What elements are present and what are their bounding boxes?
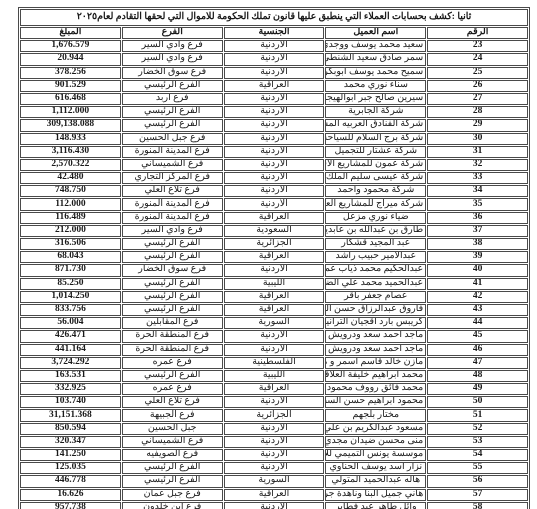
table-row: 35شركة ميراج للمشاريع العمرانيةالاردنيةف… — [20, 198, 528, 210]
cell-client-name: كريبس بارد اقجيان الترانيك — [325, 317, 426, 329]
cell-number: 34 — [427, 185, 528, 197]
cell-amount: 833.756 — [20, 304, 121, 316]
cell-amount: 850.594 — [20, 423, 121, 435]
table-row: 46ماجد احمد سعد ودرويش احمد سعدالأردنيةف… — [20, 344, 528, 356]
cell-amount: 116.489 — [20, 212, 121, 224]
cell-client-name: فاروق عبدالرزاق حسن القيسي — [325, 304, 426, 316]
cell-branch: الفرع الرئيسي — [122, 462, 223, 474]
cell-client-name: مازن خالد قاسم اسمر و محمد عبدالعزيز محم… — [325, 357, 426, 369]
cell-branch: فرع جبل الحسين — [122, 133, 223, 145]
cell-branch: فرع تلاع العلي — [122, 185, 223, 197]
cell-amount: 901.529 — [20, 80, 121, 92]
cell-nationality: الاردنية — [224, 93, 325, 105]
table-row: 38عبد المجيد قشكارالجزائريةالفرع الرئيسي… — [20, 238, 528, 250]
cell-nationality: السعودية — [224, 225, 325, 237]
cell-amount: 125.035 — [20, 462, 121, 474]
cell-branch: فرع اربد — [122, 93, 223, 105]
cell-amount: 1,112.000 — [20, 106, 121, 118]
cell-nationality: الجزائرية — [224, 409, 325, 421]
cell-number: 31 — [427, 146, 528, 158]
table-row: 53منى محسن ضيدان مجديالاردنيةفرع الشميسا… — [20, 436, 528, 448]
cell-branch: الفرع الرئيسي — [122, 119, 223, 131]
cell-client-name: سناء نوري محمد — [325, 80, 426, 92]
cell-client-name: شركة برج السلام للسياحة — [325, 133, 426, 145]
table-row: 47مازن خالد قاسم اسمر و محمد عبدالعزيز م… — [20, 357, 528, 369]
cell-nationality: العراقية — [224, 489, 325, 501]
cell-nationality: العراقية — [224, 251, 325, 263]
cell-nationality: الفلسطينية — [224, 357, 325, 369]
cell-amount: 309,138.088 — [20, 119, 121, 131]
cell-nationality: الاردنية — [224, 133, 325, 145]
cell-branch: الفرع الرئيسي — [122, 238, 223, 250]
cell-amount: 2,570.322 — [20, 159, 121, 171]
table-row: 23سعيد محمد يوسف ووجدي سعيد محمد يوسفالا… — [20, 40, 528, 52]
cell-number: 49 — [427, 383, 528, 395]
cell-amount: 163.531 — [20, 370, 121, 382]
cell-nationality: العراقية — [224, 80, 325, 92]
cell-branch: فرع المركز التجاري — [122, 172, 223, 184]
cell-branch: الفرع الرئيسي — [122, 251, 223, 263]
cell-branch: الفرع الرئيسي — [122, 291, 223, 303]
page-title: ثانيا :كشف بحسابات العملاء التي ينطبق عل… — [20, 9, 528, 26]
cell-number: 58 — [427, 502, 528, 509]
cell-nationality: الاردنية — [224, 436, 325, 448]
cell-client-name: طارق بن عبدالله بن عابدين البخاري — [325, 225, 426, 237]
cell-branch: فرع المدينة المنورة — [122, 146, 223, 158]
cell-client-name: شركة محمود واحمد — [325, 185, 426, 197]
cell-branch: فرع وادي السير — [122, 53, 223, 65]
cell-branch: فرع جبل عمان — [122, 489, 223, 501]
cell-branch: الفرع الرئيسي — [122, 370, 223, 382]
table-row: 27سيرين صالح جبر ابوالهيجاءالاردنيةفرع ا… — [20, 93, 528, 105]
table-row: 51مختار بلجهمالجزائريةفرع الجبيهة31,151.… — [20, 409, 528, 421]
cell-number: 52 — [427, 423, 528, 435]
cell-branch: فرع الصويفيه — [122, 449, 223, 461]
table-header-row: الرقم اسم العميل الجنسية الفرع المبلغ — [20, 27, 528, 39]
cell-branch: الفرع الرئيسي — [122, 106, 223, 118]
table-row: 30شركة برج السلام للسياحةالاردنيةفرع جبل… — [20, 133, 528, 145]
cell-client-name: هاني جميل البنا وناهدة جرجيس — [325, 489, 426, 501]
cell-number: 30 — [427, 133, 528, 145]
cell-amount: 1,014.250 — [20, 291, 121, 303]
cell-branch: الفرع الرئيسي — [122, 278, 223, 290]
cell-branch: فرع الشميساني — [122, 436, 223, 448]
cell-nationality: الاردنية — [224, 185, 325, 197]
cell-nationality: العراقية — [224, 291, 325, 303]
table-row: 45ماجد احمد سعد ودرويش احمد سعدالأردنيةف… — [20, 330, 528, 342]
cell-client-name: محمود ابراهيم حسن السطري — [325, 396, 426, 408]
dormant-accounts-table: ثانيا :كشف بحسابات العملاء التي ينطبق عل… — [18, 7, 530, 509]
cell-number: 37 — [427, 225, 528, 237]
cell-branch: فرع المنطقة الحرة — [122, 330, 223, 342]
cell-nationality: الاردنية — [224, 53, 325, 65]
cell-number: 26 — [427, 80, 528, 92]
cell-nationality: السورية — [224, 475, 325, 487]
cell-number: 55 — [427, 462, 528, 474]
cell-nationality: الاردنية — [224, 119, 325, 131]
table-row: 25سميح محمد يوسف ابوبكرالاردنيةفرع سوق ا… — [20, 67, 528, 79]
header-amount: المبلغ — [20, 27, 121, 39]
cell-amount: 31,151.368 — [20, 409, 121, 421]
cell-amount: 957.738 — [20, 502, 121, 509]
cell-number: 35 — [427, 198, 528, 210]
cell-number: 57 — [427, 489, 528, 501]
cell-branch: فرع عمره — [122, 383, 223, 395]
table-row: 24سمر صادق سعيد الشنطي ومريم برهوشالاردن… — [20, 53, 528, 65]
cell-nationality: السورية — [224, 317, 325, 329]
cell-number: 23 — [427, 40, 528, 52]
cell-branch: فرع المدينة المنورة — [122, 212, 223, 224]
cell-number: 41 — [427, 278, 528, 290]
table-title-row: ثانيا :كشف بحسابات العملاء التي ينطبق عل… — [20, 9, 528, 26]
cell-client-name: شركة عيسى سليم الملك — [325, 172, 426, 184]
table-row: 28شركة الجابريةالاردنيةالفرع الرئيسي1,11… — [20, 106, 528, 118]
cell-amount: 148.933 — [20, 133, 121, 145]
cell-client-name: سمر صادق سعيد الشنطي ومريم برهوش — [325, 53, 426, 65]
cell-nationality: العراقية — [224, 212, 325, 224]
table-row: 31شركة عشتار للتجميلالاردنيةفرع المدينة … — [20, 146, 528, 158]
cell-client-name: سميح محمد يوسف ابوبكر — [325, 67, 426, 79]
cell-amount: 378.256 — [20, 67, 121, 79]
cell-number: 51 — [427, 409, 528, 421]
cell-nationality: الاردنية — [224, 146, 325, 158]
table-row: 40عبدالحكيم محمد ذياب عمروالأردنيةفرع سو… — [20, 264, 528, 276]
table-body: 23سعيد محمد يوسف ووجدي سعيد محمد يوسفالا… — [20, 40, 528, 509]
cell-number: 56 — [427, 475, 528, 487]
cell-nationality: الأردنية — [224, 330, 325, 342]
cell-nationality: الاردنية — [224, 106, 325, 118]
cell-number: 39 — [427, 251, 528, 263]
cell-number: 48 — [427, 370, 528, 382]
header-nationality: الجنسية — [224, 27, 325, 39]
cell-amount: 85.250 — [20, 278, 121, 290]
cell-client-name: شركة عمون للمشاريع الاقتصادية — [325, 159, 426, 171]
cell-number: 44 — [427, 317, 528, 329]
cell-branch: فرع ابن خلدون — [122, 502, 223, 509]
cell-branch: فرع الجبيهة — [122, 409, 223, 421]
cell-amount: 332.925 — [20, 383, 121, 395]
cell-amount: 68.043 — [20, 251, 121, 263]
cell-branch: الفرع الرئيسي — [122, 304, 223, 316]
header-branch: الفرع — [122, 27, 223, 39]
table-row: 56هاله عبدالحميد المتوليالسوريةالفرع الر… — [20, 475, 528, 487]
table-row: 50محمود ابراهيم حسن السطريالاردنيةفرع تل… — [20, 396, 528, 408]
table-row: 43فاروق عبدالرزاق حسن القيسيالعراقيةالفر… — [20, 304, 528, 316]
cell-number: 40 — [427, 264, 528, 276]
document-page: ثانيا :كشف بحسابات العملاء التي ينطبق عل… — [0, 0, 537, 509]
cell-number: 29 — [427, 119, 528, 131]
cell-nationality: الاردنية — [224, 396, 325, 408]
cell-amount: 426.471 — [20, 330, 121, 342]
cell-nationality: الاردنية — [224, 198, 325, 210]
cell-nationality: الاردنية — [224, 449, 325, 461]
cell-client-name: موسسة يونس التميمي للاستشارات — [325, 449, 426, 461]
table-row: 52مسعود عبدالكريم بن عليالأردنيةجبل الحس… — [20, 423, 528, 435]
cell-number: 46 — [427, 344, 528, 356]
cell-branch: الفرع الرئيسي — [122, 475, 223, 487]
cell-nationality: الاردنية — [224, 40, 325, 52]
cell-amount: 112.000 — [20, 198, 121, 210]
cell-client-name: عبدالحميد محمد علي الضراط — [325, 278, 426, 290]
cell-nationality: الاردنية — [224, 172, 325, 184]
cell-number: 43 — [427, 304, 528, 316]
cell-client-name: شركة الجابرية — [325, 106, 426, 118]
cell-number: 36 — [427, 212, 528, 224]
cell-client-name: مختار بلجهم — [325, 409, 426, 421]
cell-number: 25 — [427, 67, 528, 79]
cell-nationality: الليبية — [224, 370, 325, 382]
cell-branch: فرع سوق الخضار — [122, 264, 223, 276]
cell-amount: 316.506 — [20, 238, 121, 250]
table-row: 36ضياء نوري مزعلالعراقيةفرع المدينة المن… — [20, 212, 528, 224]
cell-amount: 446.778 — [20, 475, 121, 487]
cell-branch: فرع المدينة المنورة — [122, 198, 223, 210]
cell-amount: 748.750 — [20, 185, 121, 197]
cell-amount: 103.740 — [20, 396, 121, 408]
cell-amount: 1,676.579 — [20, 40, 121, 52]
table-row: 49محمد فائق رووف محمودالعراقيةفرع عمره33… — [20, 383, 528, 395]
cell-client-name: سعيد محمد يوسف ووجدي سعيد محمد يوسف — [325, 40, 426, 52]
cell-number: 38 — [427, 238, 528, 250]
cell-branch: فرع سوق الخضار — [122, 67, 223, 79]
cell-number: 33 — [427, 172, 528, 184]
cell-client-name: ضياء نوري مزعل — [325, 212, 426, 224]
cell-number: 47 — [427, 357, 528, 369]
table-row: 29شركة الفنادق العربيه المساهمهالاردنيةا… — [20, 119, 528, 131]
cell-amount: 20.944 — [20, 53, 121, 65]
cell-client-name: وائل طاهر عيد فطاير — [325, 502, 426, 509]
cell-amount: 42.480 — [20, 172, 121, 184]
cell-branch: فرع تلاع العلي — [122, 396, 223, 408]
table-row: 39عبدالامير حبيب راشدالعراقيةالفرع الرئي… — [20, 251, 528, 263]
cell-client-name: عبدالامير حبيب راشد — [325, 251, 426, 263]
cell-nationality: الليبية — [224, 278, 325, 290]
cell-number: 27 — [427, 93, 528, 105]
table-row: 32شركة عمون للمشاريع الاقتصاديةالاردنيةف… — [20, 159, 528, 171]
cell-amount: 212.000 — [20, 225, 121, 237]
cell-number: 24 — [427, 53, 528, 65]
cell-client-name: سيرين صالح جبر ابوالهيجاء — [325, 93, 426, 105]
table-row: 57هاني جميل البنا وناهدة جرجيسالعراقيةفر… — [20, 489, 528, 501]
header-client-name: اسم العميل — [325, 27, 426, 39]
table-row: 34شركة محمود واحمدالاردنيةفرع تلاع العلي… — [20, 185, 528, 197]
cell-nationality: الأردنية — [224, 423, 325, 435]
table-row: 44كريبس بارد اقجيان الترانيكالسوريةفرع ا… — [20, 317, 528, 329]
cell-client-name: عبد المجيد قشكار — [325, 238, 426, 250]
cell-nationality: الأردنية — [224, 344, 325, 356]
cell-number: 28 — [427, 106, 528, 118]
cell-nationality: الاردنية — [224, 502, 325, 509]
cell-client-name: هاله عبدالحميد المتولي — [325, 475, 426, 487]
cell-number: 32 — [427, 159, 528, 171]
header-number: الرقم — [427, 27, 528, 39]
cell-client-name: منى محسن ضيدان مجدي — [325, 436, 426, 448]
cell-branch: فرع المقابلين — [122, 317, 223, 329]
cell-nationality: الجزائرية — [224, 238, 325, 250]
cell-nationality: الاردنية — [224, 67, 325, 79]
table-row: 58وائل طاهر عيد فطايرالاردنيةفرع ابن خلد… — [20, 502, 528, 509]
table-row: 33شركة عيسى سليم الملكالاردنيةفرع المركز… — [20, 172, 528, 184]
cell-branch: فرع الشميساني — [122, 159, 223, 171]
cell-amount: 16.626 — [20, 489, 121, 501]
cell-amount: 320.347 — [20, 436, 121, 448]
cell-nationality: العراقية — [224, 383, 325, 395]
cell-branch: فرع عمره — [122, 357, 223, 369]
cell-nationality: الاردنية — [224, 462, 325, 474]
table-row: 54موسسة يونس التميمي للاستشاراتالاردنيةف… — [20, 449, 528, 461]
cell-client-name: عصام جعفر باقر — [325, 291, 426, 303]
cell-amount: 441.164 — [20, 344, 121, 356]
cell-client-name: شركة عشتار للتجميل — [325, 146, 426, 158]
cell-amount: 3,724.292 — [20, 357, 121, 369]
cell-amount: 871.730 — [20, 264, 121, 276]
cell-number: 45 — [427, 330, 528, 342]
cell-branch: فرع وادي السير — [122, 40, 223, 52]
cell-client-name: محمد فائق رووف محمود — [325, 383, 426, 395]
cell-client-name: شركة ميراج للمشاريع العمرانية — [325, 198, 426, 210]
cell-amount: 616.468 — [20, 93, 121, 105]
cell-amount: 141.250 — [20, 449, 121, 461]
cell-client-name: عبدالحكيم محمد ذياب عمرو — [325, 264, 426, 276]
cell-nationality: العراقية — [224, 304, 325, 316]
table-row: 37طارق بن عبدالله بن عابدين البخاريالسعو… — [20, 225, 528, 237]
cell-branch: فرع وادي السير — [122, 225, 223, 237]
cell-client-name: شركة الفنادق العربيه المساهمه — [325, 119, 426, 131]
cell-client-name: مسعود عبدالكريم بن علي — [325, 423, 426, 435]
table-row: 26سناء نوري محمدالعراقيةالفرع الرئيسي901… — [20, 80, 528, 92]
cell-number: 54 — [427, 449, 528, 461]
cell-amount: 3,116.430 — [20, 146, 121, 158]
cell-nationality: الاردنية — [224, 159, 325, 171]
cell-branch: جبل الحسين — [122, 423, 223, 435]
cell-amount: 56.004 — [20, 317, 121, 329]
cell-branch: فرع المنطقة الحرة — [122, 344, 223, 356]
table-row: 55نزار اسد يوسف الحناويالاردنيةالفرع الر… — [20, 462, 528, 474]
cell-nationality: الأردنية — [224, 264, 325, 276]
cell-client-name: ماجد احمد سعد ودرويش احمد سعد — [325, 344, 426, 356]
cell-client-name: ماجد احمد سعد ودرويش احمد سعد — [325, 330, 426, 342]
cell-number: 50 — [427, 396, 528, 408]
cell-number: 42 — [427, 291, 528, 303]
table-row: 48محمد ابراهيم خليفة العلاقيالليبيةالفرع… — [20, 370, 528, 382]
table-row: 41عبدالحميد محمد علي الضراطالليبيةالفرع … — [20, 278, 528, 290]
cell-branch: الفرع الرئيسي — [122, 80, 223, 92]
cell-number: 53 — [427, 436, 528, 448]
cell-client-name: نزار اسد يوسف الحناوي — [325, 462, 426, 474]
cell-client-name: محمد ابراهيم خليفة العلاقي — [325, 370, 426, 382]
table-row: 42عصام جعفر باقرالعراقيةالفرع الرئيسي1,0… — [20, 291, 528, 303]
